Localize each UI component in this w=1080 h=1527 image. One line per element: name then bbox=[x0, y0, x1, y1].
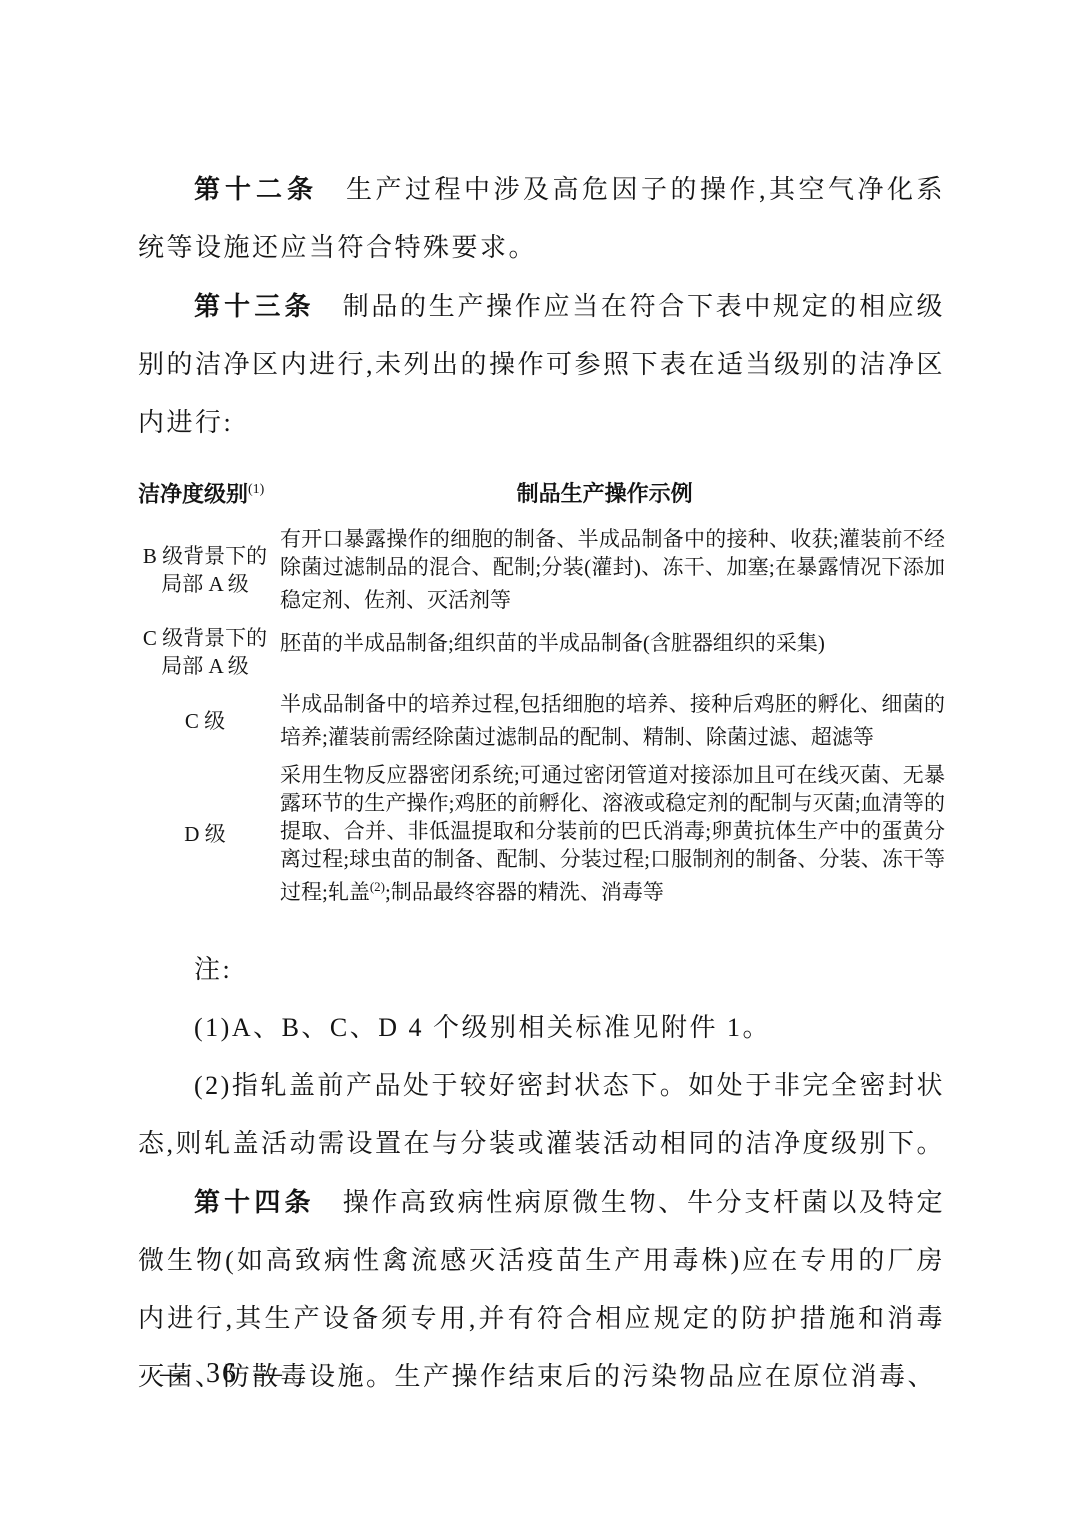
document-page: 第十二条生产过程中涉及高危因子的操作,其空气净化系统等设施还应当符合特殊要求。 … bbox=[0, 0, 1080, 1527]
table-row: D 级 采用生物反应器密闭系统;可通过密闭管道对接添加且可在线灭菌、无暴露环节的… bbox=[138, 756, 945, 911]
table-header-level: 洁净度级别(1) bbox=[138, 476, 264, 508]
article-12-paragraph: 第十二条生产过程中涉及高危因子的操作,其空气净化系统等设施还应当符合特殊要求。 bbox=[138, 160, 945, 277]
footer-left-dash: — bbox=[160, 1358, 190, 1389]
note-item-1: (1)A、B、C、D 4 个级别相关标准见附件 1。 bbox=[138, 999, 945, 1057]
table-row: C 级 半成品制备中的培养过程,包括细胞的培养、接种后鸡胚的孵化、细菌的培养;灌… bbox=[138, 685, 945, 756]
level-cell: C 级 bbox=[138, 690, 272, 751]
article-13-label: 第十三条 bbox=[194, 291, 315, 321]
notes-label: 注: bbox=[138, 941, 945, 999]
note-2-reference-superscript: (2) bbox=[370, 879, 385, 894]
table-header-row: 洁净度级别(1) 制品生产操作示例 bbox=[138, 476, 945, 508]
table-row: C 级背景下的 局部 A 级 胚苗的半成品制备;组织苗的半成品制备(含脏器组织的… bbox=[138, 619, 945, 685]
table-row: B 级背景下的 局部 A 级 有开口暴露操作的细胞的制备、半成品制备中的接种、收… bbox=[138, 520, 945, 619]
note-item-2: (2)指轧盖前产品处于较好密封状态下。如处于非完全密封状态,则轧盖活动需设置在与… bbox=[138, 1057, 945, 1173]
example-cell: 胚苗的半成品制备;组织苗的半成品制备(含脏器组织的采集) bbox=[272, 624, 945, 680]
cleanliness-level-table: 洁净度级别(1) 制品生产操作示例 B 级背景下的 局部 A 级 有开口暴露操作… bbox=[138, 476, 945, 911]
article-14-label: 第十四条 bbox=[194, 1187, 315, 1217]
page-number: 36 bbox=[206, 1358, 238, 1389]
article-13-paragraph: 第十三条制品的生产操作应当在符合下表中规定的相应级别的洁净区内进行,未列出的操作… bbox=[138, 277, 945, 452]
note-1-reference-superscript: (1) bbox=[248, 482, 264, 497]
article-12-label: 第十二条 bbox=[194, 174, 318, 204]
page-content: 第十二条生产过程中涉及高危因子的操作,其空气净化系统等设施还应当符合特殊要求。 … bbox=[138, 160, 945, 1406]
level-cell: C 级背景下的 局部 A 级 bbox=[138, 624, 272, 680]
level-cell: D 级 bbox=[138, 761, 272, 906]
example-cell: 采用生物反应器密闭系统;可通过密闭管道对接添加且可在线灭菌、无暴露环节的生产操作… bbox=[272, 761, 945, 906]
page-footer: —36— bbox=[160, 1358, 284, 1390]
example-cell: 有开口暴露操作的细胞的制备、半成品制备中的接种、收获;灌装前不经除菌过滤制品的混… bbox=[272, 525, 945, 614]
footer-right-dash: — bbox=[254, 1358, 284, 1389]
table-header-example: 制品生产操作示例 bbox=[264, 480, 945, 508]
level-cell: B 级背景下的 局部 A 级 bbox=[138, 525, 272, 614]
example-cell: 半成品制备中的培养过程,包括细胞的培养、接种后鸡胚的孵化、细菌的培养;灌装前需经… bbox=[272, 690, 945, 751]
